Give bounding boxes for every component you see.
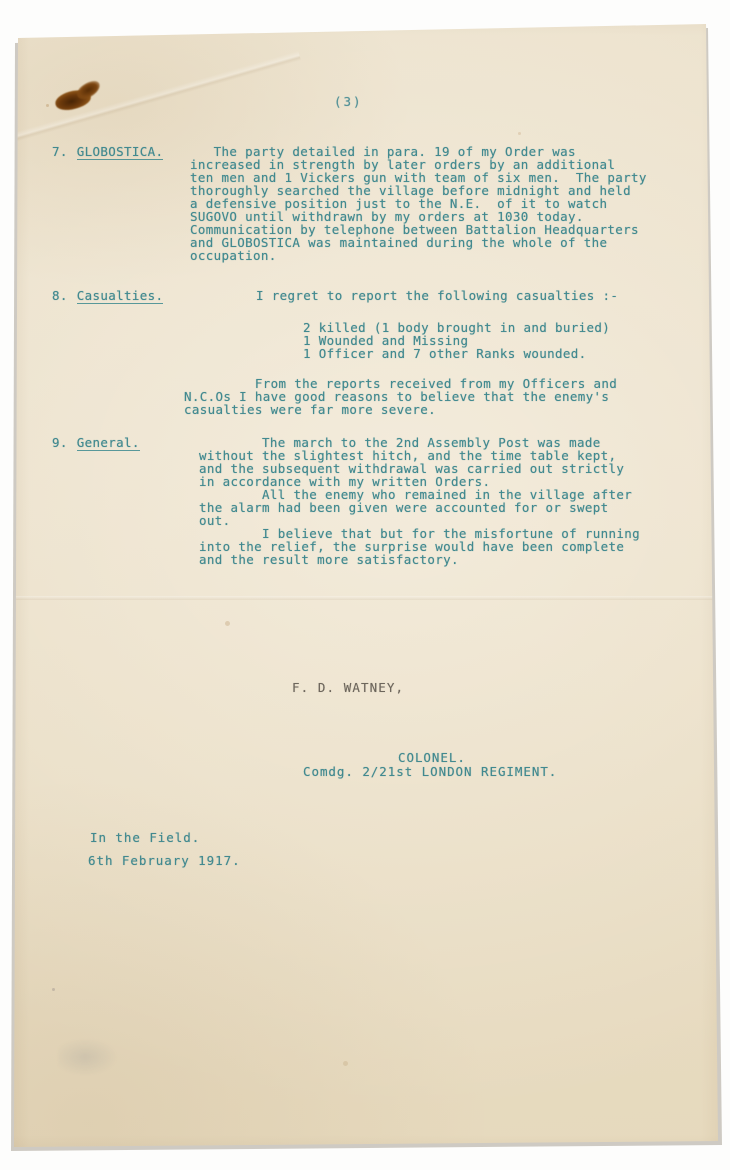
horizontal-fold-crease	[0, 596, 730, 600]
section-9-label: 9.General.	[52, 436, 140, 451]
section-7-body: The party detailed in para. 19 of my Ord…	[190, 145, 647, 262]
signature-rank: COLONEL.	[398, 751, 466, 764]
section-9-title: General.	[77, 436, 140, 451]
section-8-number: 8.	[52, 288, 68, 303]
section-8-intro: I regret to report the following casualt…	[256, 289, 618, 302]
section-7-label: 7.GLOBOSTICA.	[52, 145, 163, 160]
section-9-body: The march to the 2nd Assembly Post was m…	[199, 436, 640, 566]
footer-place: In the Field.	[90, 831, 200, 844]
footer-date: 6th February 1917.	[88, 854, 241, 867]
foxing-specks	[46, 104, 49, 107]
section-8-title: Casualties.	[77, 289, 164, 304]
signature-name: F. D. WATNEY,	[292, 681, 404, 694]
section-7-number: 7.	[52, 144, 68, 159]
section-7-title: GLOBOSTICA.	[77, 145, 164, 160]
document-page: (3) 7.GLOBOSTICA. The party detailed in …	[0, 0, 730, 1170]
section-9-number: 9.	[52, 435, 68, 450]
section-8-body: From the reports received from my Office…	[184, 377, 617, 416]
rust-stain	[52, 80, 106, 118]
casualty-list: 2 killed (1 body brought in and buried) …	[303, 321, 610, 360]
pencil-smudge	[58, 1038, 118, 1076]
signature-command: Comdg. 2/21st LONDON REGIMENT.	[303, 765, 557, 778]
page-number: (3)	[334, 95, 363, 108]
section-8-label: 8.Casualties.	[52, 289, 163, 304]
